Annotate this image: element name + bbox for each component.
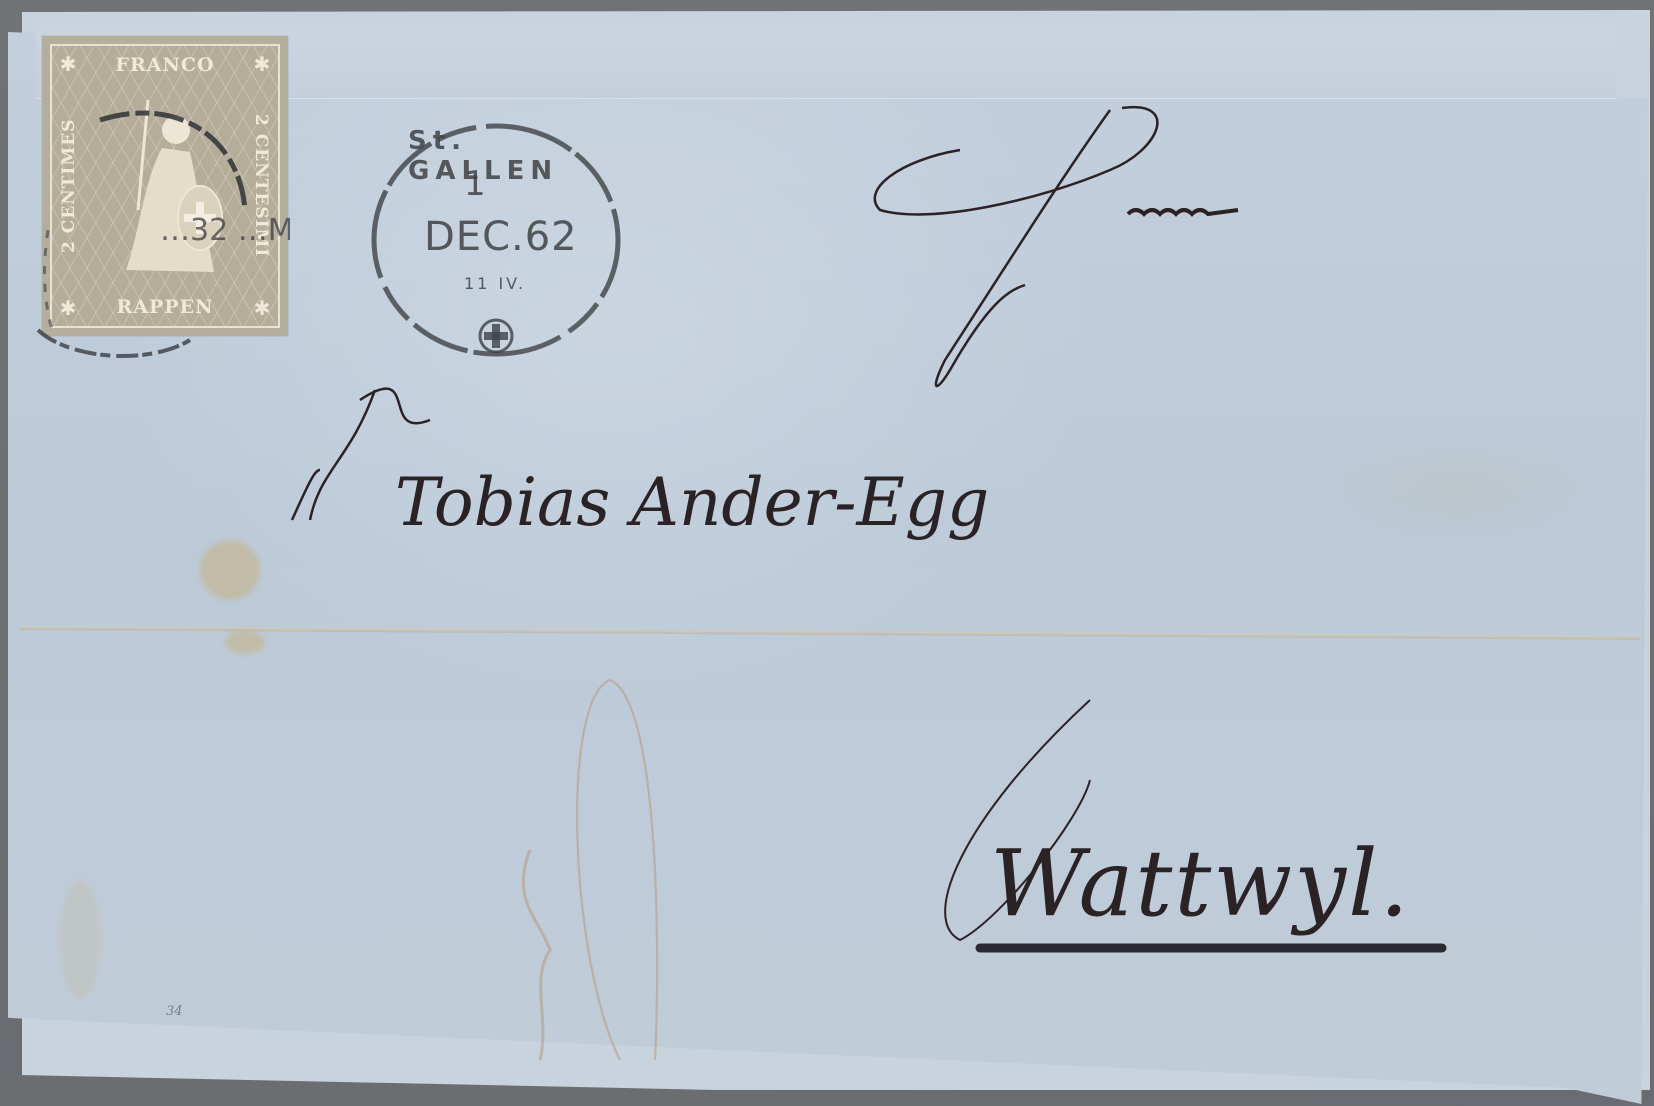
stamp-corner-ornament-icon: ✱ [248,50,276,78]
helvetia-figure-icon [104,90,232,282]
foxing-stain [225,630,265,654]
postage-stamp: ✱ ✱ ✱ ✱ FRANCO 2 CENTIMES 2 CENTESIMI RA… [42,36,288,336]
destination-text: Wattwyl. [990,830,1411,937]
stamp-corner-ornament-icon: ✱ [248,294,276,322]
stamp-corner-ornament-icon: ✱ [54,50,82,78]
stamp-bottom-label: RAPPEN [86,292,244,322]
stamp-top-label: FRANCO [86,50,244,80]
foxing-stain [60,880,100,1000]
stamp-left-label: 2 CENTIMES [54,86,84,286]
stamp-corner-ornament-icon: ✱ [54,294,82,322]
pencil-note: 34 [166,1004,183,1019]
foxing-stain [200,540,260,600]
stamp-frame: ✱ ✱ ✱ ✱ FRANCO 2 CENTIMES 2 CENTESIMI RA… [50,44,280,328]
stamp-right-label: 2 CENTESIMI [246,86,276,286]
